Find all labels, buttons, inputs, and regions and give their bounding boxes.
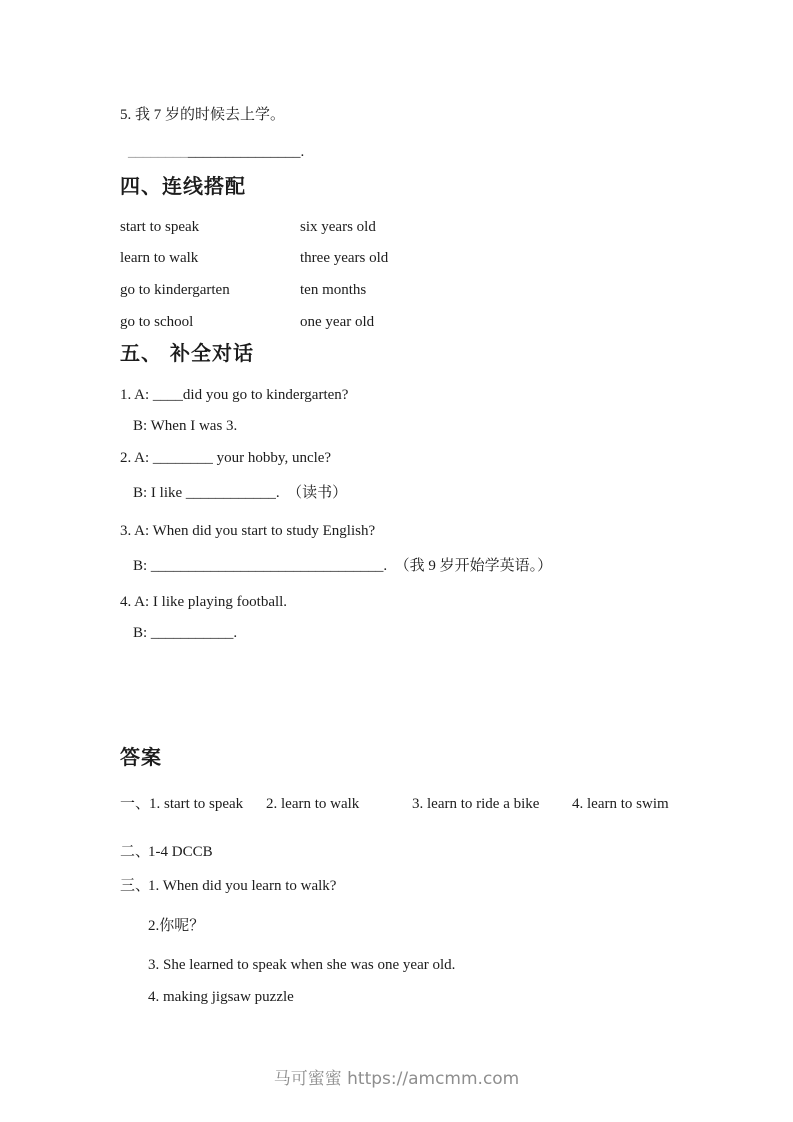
section-four-heading: 四、连线搭配 (120, 174, 246, 199)
footer-brand-link: 马可蜜蜜 https://amcmm.com (274, 1069, 520, 1089)
dialogue-line-4b: B: ___________. (133, 623, 237, 643)
dialogue-line-1a: 1. A: ____did you go to kindergarten? (120, 385, 348, 405)
dialogue-line-3b: B: _______________________________. （我 9… (133, 556, 552, 576)
question-5-text: 5. 我 7 岁的时候去上学。 (120, 105, 285, 125)
answers-part-one-item-4: 4. learn to swim (572, 794, 669, 814)
match-right-item: six years old (300, 217, 376, 237)
answers-part-three-item-1: 1. When did you learn to walk? (148, 876, 336, 896)
blank-segment-dark: _______________ (188, 144, 301, 160)
worksheet-page: 5. 我 7 岁的时候去上学。 _______________________.… (0, 0, 793, 1122)
answers-heading: 答案 (120, 745, 162, 770)
match-right-item: ten months (300, 280, 366, 300)
match-right-item: one year old (300, 312, 374, 332)
answers-part-three-label: 三、 (120, 876, 150, 896)
match-right-item: three years old (300, 248, 388, 268)
dialogue-line-2b: B: I like ____________. （读书） (133, 483, 347, 503)
answers-part-three-item-2: 2.你呢？ (148, 916, 204, 936)
match-left-item: learn to walk (120, 248, 198, 268)
match-left-item: start to speak (120, 217, 199, 237)
dialogue-line-2a: 2. A: ________ your hobby, uncle? (120, 448, 331, 468)
section-five-heading: 五、 补全对话 (120, 341, 254, 366)
blank-period: . (301, 144, 305, 160)
dialogue-line-3a: 3. A: When did you start to study Englis… (120, 521, 375, 541)
answers-part-three-item-3: 3. She learned to speak when she was one… (148, 955, 455, 975)
answers-part-one-item-1: 1. start to speak (149, 794, 243, 814)
answers-part-two-label: 二、 (120, 842, 150, 862)
match-left-item: go to school (120, 312, 193, 332)
dialogue-line-1b: B: When I was 3. (133, 416, 237, 436)
answers-part-three-item-4: 4. making jigsaw puzzle (148, 987, 294, 1007)
answers-part-one-item-2: 2. learn to walk (266, 794, 359, 814)
dialogue-line-4a: 4. A: I like playing football. (120, 592, 287, 612)
match-left-item: go to kindergarten (120, 280, 230, 300)
footer-watermark: 马可蜜蜜 https://amcmm.com (0, 1068, 793, 1090)
answers-part-one-label: 一、 (120, 794, 150, 814)
answers-part-one-item-3: 3. learn to ride a bike (412, 794, 539, 814)
blank-segment-light: ________ (128, 144, 188, 160)
question-5-answer-blank: _______________________. (128, 142, 304, 162)
answers-part-two-text: 1-4 DCCB (148, 842, 213, 862)
